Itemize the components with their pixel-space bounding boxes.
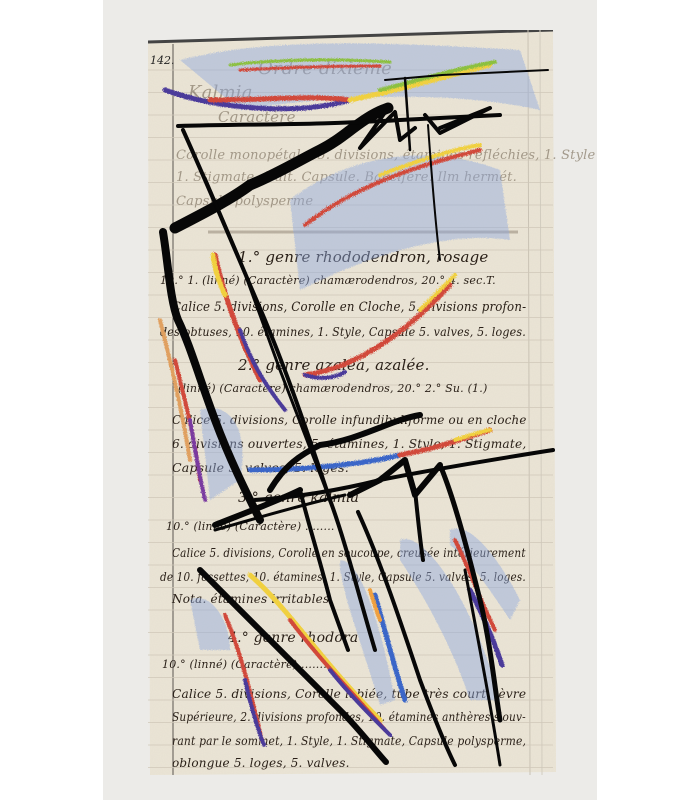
manuscript-line: Calice 5. divisions, Corolle en soucoupe… [172,546,526,560]
manuscript-line: Calice 5. divisions, Corolle labiée, tub… [172,686,526,701]
manuscript-line: 10.° 1. (linné) (Caractère) chamærodendr… [160,274,496,287]
manuscript-line: Supérieure, 2. divisions profondes, 10. … [172,710,526,724]
manuscript-line: oblongue 5. loges, 5. valves. [172,756,350,770]
manuscript-line: 4.° genre rhodora [228,630,358,646]
page-number: 142. [150,54,175,67]
manuscript-line: 6. divisions ouvertes, 5. étamines, 1. S… [172,436,526,451]
manuscript-line: Calice 5. divisions, Corolle infundibuli… [172,412,527,427]
faded-text-line: 1. Stigmate. fruit. Capsule. Baccifère. … [176,170,517,185]
manuscript-line: Calice 5. divisions, Corolle en Cloche, … [172,300,526,315]
manuscript-line: 10.° (linné) (Caractère) ........ [162,658,331,671]
faded-text-line: Capsule polysperme [176,194,313,209]
manuscript-line: (linné) (Caractère) chamærodendros, 20.°… [178,382,487,395]
faded-text-line: Caractère [218,108,296,126]
faded-text-line: Corolle monopétale, 5. divisions, étamin… [176,148,595,163]
manuscript-line: 3.° genre kalmia [238,490,359,506]
manuscript-line: rant par le sommet, 1. Style, 1. Stigmat… [172,734,526,748]
manuscript-line: Capsule 5. valves, 5. loges. [172,460,349,475]
faded-text-line: Kalmia [188,82,253,103]
faded-text-line: Ordre dixième [258,58,392,79]
manuscript-line: 2.° genre azalea, azalée. [238,356,430,374]
manuscript-line: 1.° genre rhododendron, rosage [238,248,489,266]
manuscript-line: de 10. fossettes, 10. étamines, 1. Style… [160,570,526,584]
manuscript-page: 142. Ordre dixièmeKalmiaCaractèreCorolle… [148,30,556,775]
manuscript-line: des obtuses, 10. étamines, 1. Style, Cap… [160,324,526,339]
manuscript-line: 10.° (linné) (Caractère) ........ [166,520,335,533]
manuscript-line: Nota. étamines irritables. [172,592,333,606]
